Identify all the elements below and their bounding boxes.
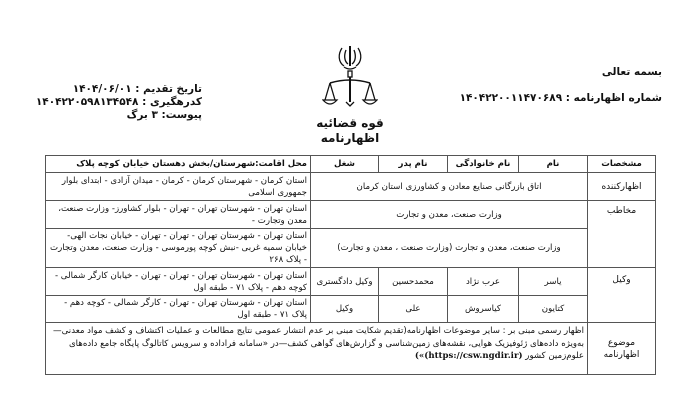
col-header-occupation: شغل bbox=[311, 156, 379, 173]
declaration-table: مشخصات نام نام خانوادگی نام پدر شغل محل … bbox=[45, 155, 656, 375]
attorney-father-name: علی bbox=[379, 296, 448, 323]
table-row-attorney: کتایون کیاسروش علی وکیل استان تهران - شه… bbox=[46, 296, 656, 323]
addressee-address: استان تهران - شهرستان تهران - تهران - ته… bbox=[46, 229, 311, 268]
col-header-father-name: نام پدر bbox=[379, 156, 448, 173]
table-row-addressee: مخاطب وزارت صنعت، معدن و تجارت استان تهر… bbox=[46, 201, 656, 229]
col-header-last-name: نام خانوادگی bbox=[448, 156, 519, 173]
row-label-subject: موضوع اظهارنامه bbox=[588, 323, 656, 375]
org-title: قوه قضائیه bbox=[300, 116, 400, 131]
attachment-label: پیوست: bbox=[162, 109, 202, 121]
submission-date: تاریخ تقدیم : ۱۴۰۴/۰۶/۰۱ bbox=[52, 83, 202, 96]
declarant-name: اتاق بازرگانی صنایع معادن و کشاورزی استا… bbox=[311, 173, 588, 201]
col-header-specs: مشخصات bbox=[588, 156, 656, 173]
addressee-address: استان تهران - شهرستان تهران - تهران - بل… bbox=[46, 201, 311, 229]
attorney-address: استان تهران - شهرستان تهران - تهران - کا… bbox=[46, 296, 311, 323]
table-row-subject: موضوع اظهارنامه اظهار رسمی مبنی بر : سای… bbox=[46, 323, 656, 375]
bismillah-heading: بسمه تعالی bbox=[602, 65, 662, 79]
tracking-code-label: کدرهگیری : bbox=[142, 96, 202, 108]
attorney-address: استان تهران - شهرستان تهران - تهران - ته… bbox=[46, 268, 311, 296]
declaration-number-value: ۱۴۰۴۲۲۰۰۱۱۴۷۰۶۸۹ bbox=[460, 92, 563, 104]
row-label-addressee: مخاطب bbox=[588, 201, 656, 268]
attorney-occupation: وکیل دادگستری bbox=[311, 268, 379, 296]
attorney-father-name: محمدحسین bbox=[379, 268, 448, 296]
submission-date-value: ۱۴۰۴/۰۶/۰۱ bbox=[73, 83, 132, 95]
attorney-last-name: عرب نژاد bbox=[448, 268, 519, 296]
table-header-row: مشخصات نام نام خانوادگی نام پدر شغل محل … bbox=[46, 156, 656, 173]
submission-date-label: تاریخ تقدیم : bbox=[135, 83, 202, 95]
tracking-code: کدرهگیری : ۱۴۰۴۲۲۰۵۹۸۱۳۴۵۴۸ bbox=[52, 96, 202, 109]
organization-name: قوه قضائیه اظهارنامه bbox=[300, 116, 400, 146]
declarant-address: استان کرمان - شهرستان کرمان - کرمان - می… bbox=[46, 173, 311, 201]
subject-url: (https://csw.ngdir.ir)») bbox=[415, 351, 523, 361]
attorney-first-name: یاسر bbox=[519, 268, 588, 296]
table-row-declarant: اظهارکننده اتاق بازرگانی صنایع معادن و ک… bbox=[46, 173, 656, 201]
attachment: پیوست: ۳ برگ bbox=[52, 109, 202, 122]
subject-text: اظهار رسمی مبنی بر : سایر موضوعات اظهارن… bbox=[46, 323, 588, 375]
document-meta: تاریخ تقدیم : ۱۴۰۴/۰۶/۰۱ کدرهگیری : ۱۴۰۴… bbox=[52, 83, 202, 122]
judiciary-emblem-icon bbox=[322, 42, 378, 122]
col-header-address: محل اقامت:شهرستان/بخش دهستان خیابان کوچه… bbox=[46, 156, 311, 173]
col-header-first-name: نام bbox=[519, 156, 588, 173]
declaration-number-label: شماره اظهارنامه : bbox=[566, 92, 662, 104]
attachment-value: ۳ برگ bbox=[127, 109, 158, 121]
document-type: اظهارنامه bbox=[300, 131, 400, 146]
addressee-name: وزارت صنعت، معدن و تجارت bbox=[311, 201, 588, 229]
attorney-first-name: کتایون bbox=[519, 296, 588, 323]
attorney-last-name: کیاسروش bbox=[448, 296, 519, 323]
row-label-attorney: وکیل bbox=[588, 268, 656, 323]
declaration-number: شماره اظهارنامه : ۱۴۰۴۲۲۰۰۱۱۴۷۰۶۸۹ bbox=[460, 91, 662, 105]
table-row-attorney: وکیل یاسر عرب نژاد محمدحسین وکیل دادگستر… bbox=[46, 268, 656, 296]
table-row-addressee: وزارت صنعت، معدن و تجارت (وزارت صنعت ، م… bbox=[46, 229, 656, 268]
tracking-code-value: ۱۴۰۴۲۲۰۵۹۸۱۳۴۵۴۸ bbox=[36, 96, 139, 108]
row-label-declarant: اظهارکننده bbox=[588, 173, 656, 201]
attorney-occupation: وکیل bbox=[311, 296, 379, 323]
addressee-name: وزارت صنعت، معدن و تجارت (وزارت صنعت ، م… bbox=[311, 229, 588, 268]
